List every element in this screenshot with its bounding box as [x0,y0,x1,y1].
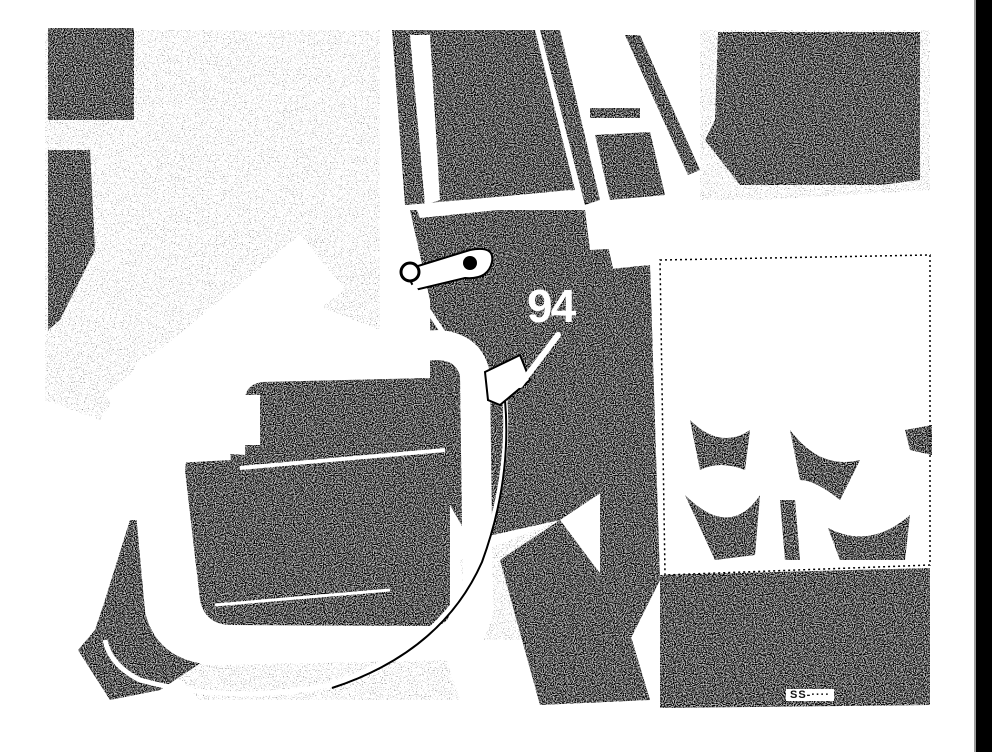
halftone-photo [0,0,992,752]
scan-border-bar [976,0,992,752]
callout-label-94: 94 [527,283,574,329]
photo-id-tag: SS-···· [786,689,834,701]
